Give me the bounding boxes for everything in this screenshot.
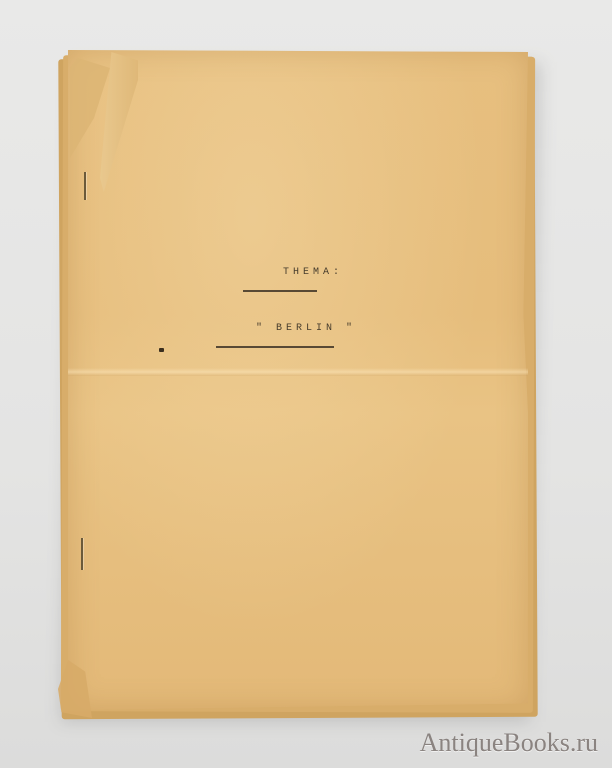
photo: THEMA: " BERLIN " AntiqueBooks.ru — [0, 0, 612, 768]
heading-text: THEMA: — [283, 267, 343, 278]
staple-icon — [84, 172, 86, 200]
ink-mark — [159, 348, 164, 352]
watermark: AntiqueBooks.ru — [420, 728, 598, 758]
document-title: " BERLIN " — [216, 312, 334, 370]
document-heading: THEMA: — [243, 256, 317, 314]
underline — [216, 346, 334, 348]
staple-icon — [81, 538, 83, 570]
title-text: " BERLIN " — [256, 323, 356, 334]
underline — [243, 290, 317, 292]
document-cover-page — [68, 50, 528, 710]
